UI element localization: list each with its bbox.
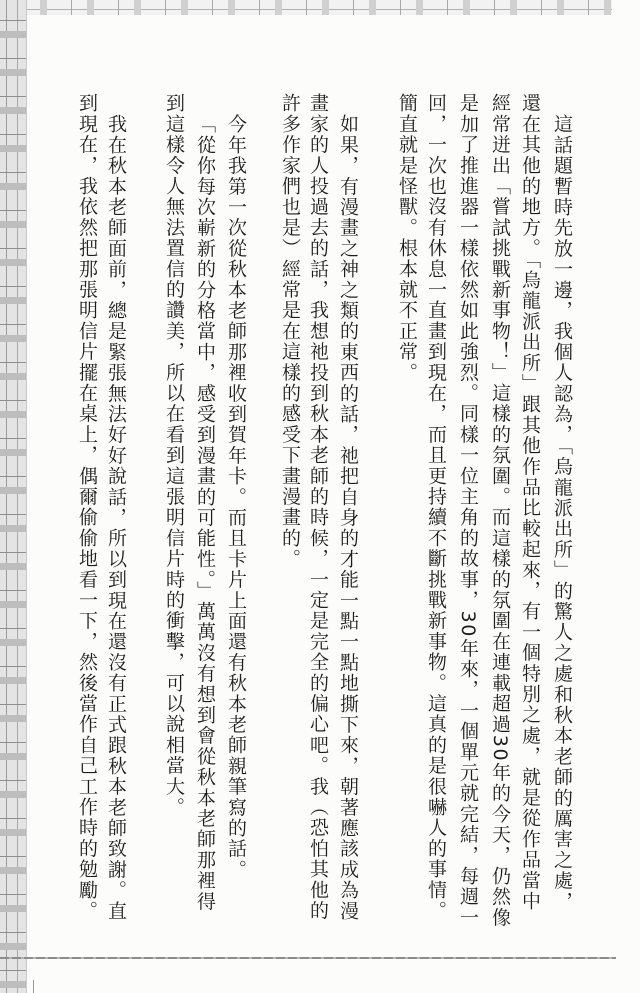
scan-bleed-top-strip [0,0,612,15]
text-column: 我在秋本老師面前，總是緊張無法好好說話，所以到現在還沒有正式跟秋本老師致謝。直 [101,114,131,921]
text-column: 畫家的人投過去的話，我想祂投到秋本老師的時候，一定是完全的偏心吧。我（恐怕其他的 [303,93,333,921]
page-edge-line [26,0,27,993]
text-column: 還在其他的地方。「烏龍派出所」跟其他作品比較起來，有一個特別之處，就是從作品當中 [515,93,545,912]
scan-bleed-left-strip [0,0,26,993]
bottom-rule-divider [0,957,616,959]
text-column: 到這樣令人無法置信的讚美，所以在看到這張明信片時的衝擊，可以說相當大。 [159,93,189,818]
text-column: 如果，有漫畫之神之類的東西的話，祂把自身的才能一點一點地撕下來，朝著應該成為漫 [333,114,363,921]
text-column: 簡直就是怪獸。根本就不正常。 [392,93,422,383]
text-column: 到現在，我依然把那張明信片擺在桌上，偶爾偷偷地看一下，然後當作自己工作時的勉勵。 [72,93,102,921]
text-column: 許多作家們也是）經常是在這樣的感受下畫漫畫的。 [275,93,305,569]
text-column: 今年我第一次從秋本老師那裡收到賀年卡。而且卡片上面還有秋本老師親筆寫的話。 [221,114,251,880]
text-column: 經常迸出「嘗試挑戰新事物！」這樣的氛圍。而這樣的氛圍在連載超過30年的今天，仍然… [485,93,515,928]
text-column: 是加了推進器一樣依然如此強烈。同樣一位主角的故事，30年來，一個單元就完結，每週… [453,93,483,928]
text-column: 「從你每次嶄新的分格當中，感受到漫畫的可能性。」萬萬沒有想到會從秋本老師那裡得 [190,114,220,912]
text-column: 這話題暫時先放一邊，我個人認為，「烏龍派出所」的驚人之處和秋本老師的厲害之處， [547,114,577,912]
scan-mark [33,980,34,993]
text-column: 回，一次也沒有休息一直畫到現在，而且更持續不斷挑戰新事物。這真的是很嚇人的事情。 [421,93,451,921]
